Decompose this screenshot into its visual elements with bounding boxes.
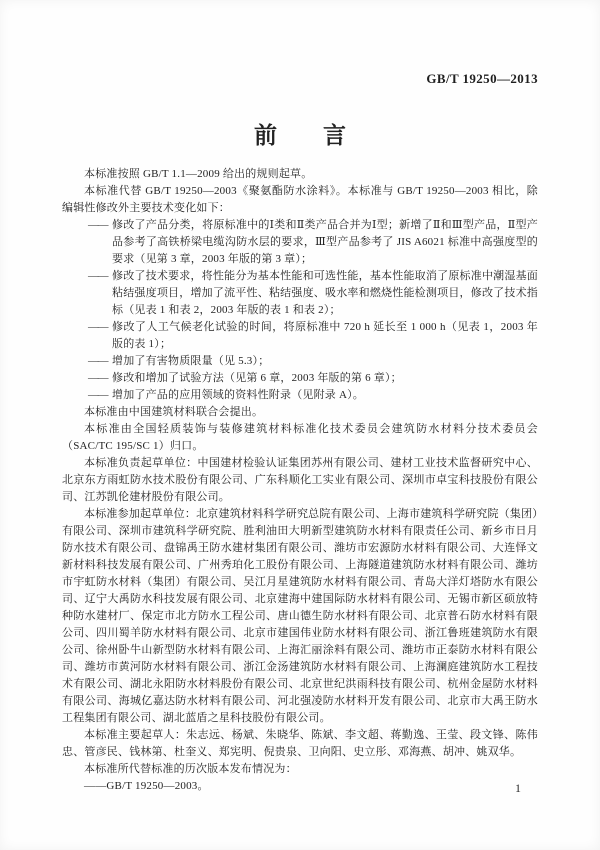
foreword-body: 本标准按照 GB/T 1.1—2009 给出的规则起草。 本标准代替 GB/T … bbox=[62, 166, 538, 795]
change-item-text: 增加了产品的应用领域的资料性附录（见附录 A）。 bbox=[112, 389, 364, 401]
item-dash: —— bbox=[88, 217, 107, 234]
change-item-text: 修改了技术要求，将性能分为基本性能和可选性能，基本性能取消了原标准中潮湿基面粘结… bbox=[112, 270, 538, 316]
change-item-text: 修改了人工气候老化试验的时间，将原标准中 720 h 延长至 1 000 h（见… bbox=[112, 321, 538, 350]
change-item: —— 增加了有害物质限量（见 5.3）； bbox=[62, 353, 538, 370]
item-dash: —— bbox=[88, 353, 107, 370]
paragraph-replacement: 本标准代替 GB/T 19250—2003《聚氨酯防水涂料》。本标准与 GB/T… bbox=[62, 183, 538, 217]
change-item-text: 修改和增加了试验方法（见第 6 章，2003 年版的第 6 章）； bbox=[112, 372, 402, 384]
item-dash: —— bbox=[88, 319, 107, 336]
change-item: —— 修改和增加了试验方法（见第 6 章，2003 年版的第 6 章）； bbox=[62, 370, 538, 387]
change-item-text: 增加了有害物质限量（见 5.3）； bbox=[112, 355, 269, 367]
history-version-item: ——GB/T 19250—2003。 bbox=[62, 778, 538, 795]
document-page: GB/T 19250—2013 前 言 本标准按照 GB/T 1.1—2009 … bbox=[0, 0, 600, 850]
paragraph-participating-units: 本标准参加起草单位：北京建筑材料科学研究总院有限公司、上海市建筑科学研究院（集团… bbox=[62, 506, 538, 727]
page-number: 1 bbox=[515, 781, 521, 796]
change-item: —— 修改了技术要求，将性能分为基本性能和可选性能，基本性能取消了原标准中潮湿基… bbox=[62, 268, 538, 319]
paragraph-history-intro: 本标准所代替标准的历次版本发布情况为： bbox=[62, 761, 538, 778]
item-dash: —— bbox=[88, 268, 107, 285]
page-title: 前 言 bbox=[0, 117, 600, 150]
change-item: —— 增加了产品的应用领域的资料性附录（见附录 A）。 bbox=[62, 387, 538, 404]
item-dash: —— bbox=[88, 370, 107, 387]
change-item: —— 修改了人工气候老化试验的时间，将原标准中 720 h 延长至 1 000 … bbox=[62, 319, 538, 353]
item-dash: —— bbox=[88, 387, 107, 404]
change-item-text: 修改了产品分类，将原标准中的Ⅰ类和Ⅱ类产品合并为Ⅰ型；新增了Ⅱ和Ⅲ型产品，Ⅱ型产… bbox=[112, 219, 538, 265]
paragraph-proposed-by: 本标准由中国建筑材料联合会提出。 bbox=[62, 404, 538, 421]
paragraph-drafting-rule: 本标准按照 GB/T 1.1—2009 给出的规则起草。 bbox=[62, 166, 538, 183]
paragraph-chief-drafting-units: 本标准负责起草单位：中国建材检验认证集团苏州有限公司、建材工业技术监督研究中心、… bbox=[62, 455, 538, 506]
paragraph-main-drafters: 本标准主要起草人：朱志远、杨斌、朱晓华、陈斌、李文超、蒋勤逸、王莹、段文锋、陈伟… bbox=[62, 727, 538, 761]
standard-code-header: GB/T 19250—2013 bbox=[426, 71, 538, 87]
paragraph-centralized-by: 本标准由全国轻质装饰与装修建筑材料标准化技术委员会建筑防水材料分技术委员会（SA… bbox=[62, 421, 538, 455]
change-item: —— 修改了产品分类，将原标准中的Ⅰ类和Ⅱ类产品合并为Ⅰ型；新增了Ⅱ和Ⅲ型产品，… bbox=[62, 217, 538, 268]
